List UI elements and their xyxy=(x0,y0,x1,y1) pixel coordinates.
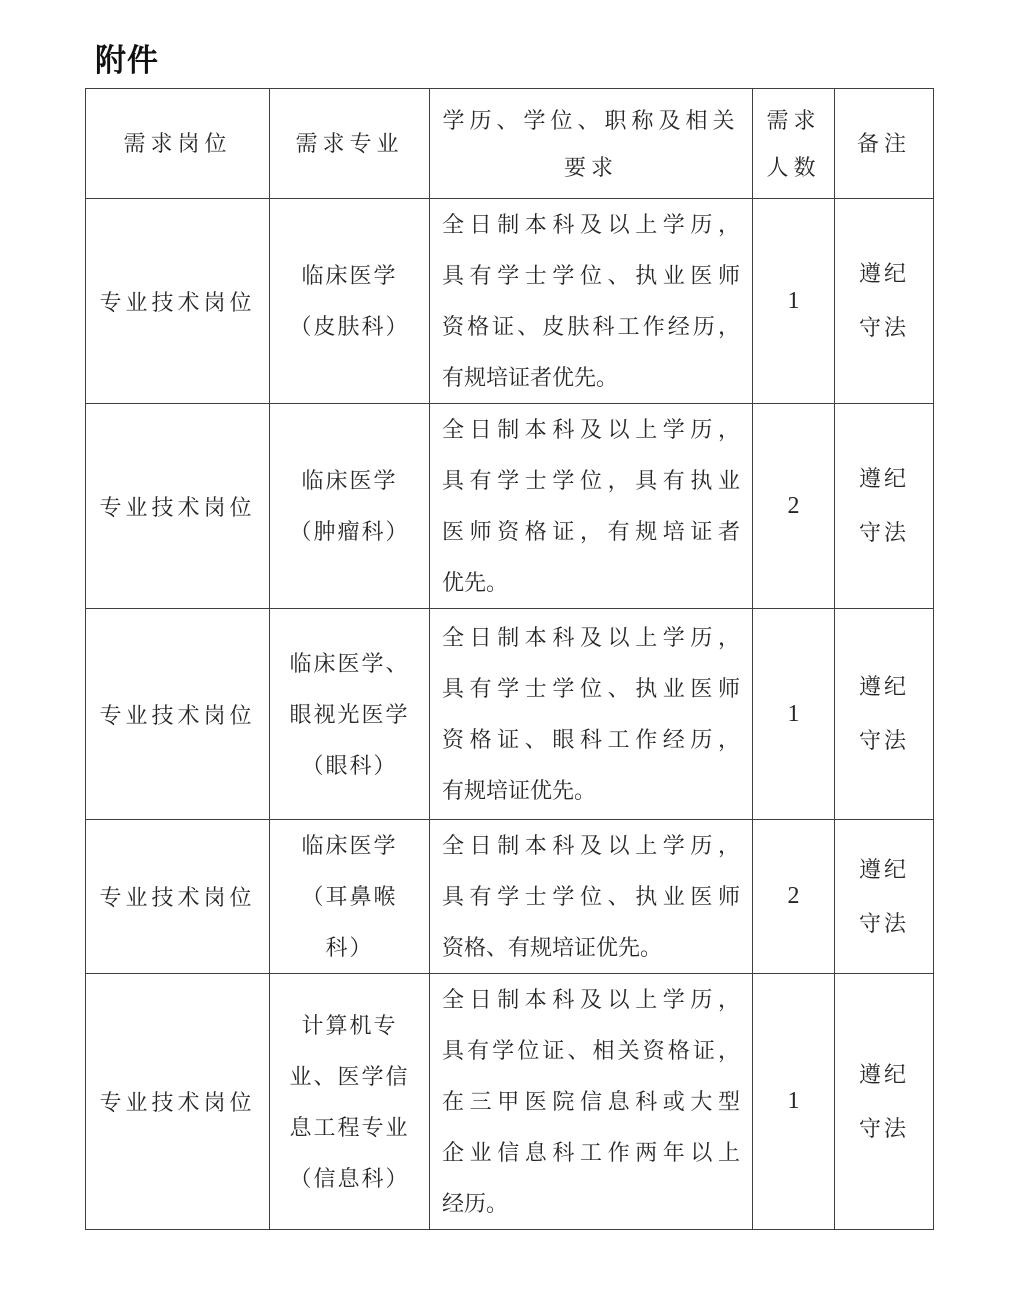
document-page: 附件 需求岗位 需求专业 学历、学位、职称及相关 要求 需求 人数 备注 专业技… xyxy=(0,0,1018,1314)
major-cell: 临床医学 （肿瘤科） xyxy=(270,404,430,609)
count-cell: 1 xyxy=(753,974,835,1230)
remark-cell: 遵纪 守法 xyxy=(835,404,934,609)
requirement-line: 具有学士学位，具有执业 xyxy=(442,455,740,506)
header-position: 需求岗位 xyxy=(86,89,270,199)
count-cell: 2 xyxy=(753,820,835,974)
header-major: 需求专业 xyxy=(270,89,430,199)
requirements-cell: 全日制本科及以上学历，具有学士学位，具有执业医师资格证，有规培证者优先。 xyxy=(430,404,753,609)
table-row: 专业技术岗位临床医学 （皮肤科）全日制本科及以上学历，具有学士学位、执业医师资格… xyxy=(86,199,934,404)
requirements-cell: 全日制本科及以上学历，具有学士学位、执业医师资格、有规培证优先。 xyxy=(430,820,753,974)
requirement-line: 有规培证优先。 xyxy=(442,765,740,816)
count-cell: 2 xyxy=(753,404,835,609)
count-cell: 1 xyxy=(753,609,835,820)
requirement-line: 优先。 xyxy=(442,557,740,608)
position-cell: 专业技术岗位 xyxy=(86,199,270,404)
table-row: 专业技术岗位计算机专 业、医学信 息工程专业 （信息科）全日制本科及以上学历，具… xyxy=(86,974,934,1230)
major-cell: 临床医学、 眼视光医学 （眼科） xyxy=(270,609,430,820)
requirement-line: 医师资格证，有规培证者 xyxy=(442,506,740,557)
requirements-cell: 全日制本科及以上学历，具有学士学位、执业医师资格证、皮肤科工作经历，有规培证者优… xyxy=(430,199,753,404)
table-body: 专业技术岗位临床医学 （皮肤科）全日制本科及以上学历，具有学士学位、执业医师资格… xyxy=(86,199,934,1230)
requirements-cell: 全日制本科及以上学历，具有学位证、相关资格证，在三甲医院信息科或大型企业信息科工… xyxy=(430,974,753,1230)
header-count: 需求 人数 xyxy=(753,89,835,199)
requirement-line: 企业信息科工作两年以上 xyxy=(442,1127,740,1178)
remark-cell: 遵纪 守法 xyxy=(835,199,934,404)
position-cell: 专业技术岗位 xyxy=(86,609,270,820)
remark-cell: 遵纪 守法 xyxy=(835,974,934,1230)
requirement-line: 全日制本科及以上学历， xyxy=(442,612,740,663)
position-cell: 专业技术岗位 xyxy=(86,820,270,974)
requirements-cell: 全日制本科及以上学历，具有学士学位、执业医师资格证、眼科工作经历，有规培证优先。 xyxy=(430,609,753,820)
position-cell: 专业技术岗位 xyxy=(86,404,270,609)
remark-cell: 遵纪 守法 xyxy=(835,609,934,820)
requirement-line: 资格、有规培证优先。 xyxy=(442,922,740,973)
table-row: 专业技术岗位临床医学 （肿瘤科）全日制本科及以上学历，具有学士学位，具有执业医师… xyxy=(86,404,934,609)
requirement-line: 经历。 xyxy=(442,1178,740,1229)
recruitment-table: 需求岗位 需求专业 学历、学位、职称及相关 要求 需求 人数 备注 专业技术岗位… xyxy=(85,88,934,1230)
major-cell: 临床医学 （皮肤科） xyxy=(270,199,430,404)
header-requirements: 学历、学位、职称及相关 要求 xyxy=(430,89,753,199)
table-row: 专业技术岗位临床医学、 眼视光医学 （眼科）全日制本科及以上学历，具有学士学位、… xyxy=(86,609,934,820)
attachment-title: 附件 xyxy=(95,42,159,80)
remark-cell: 遵纪 守法 xyxy=(835,820,934,974)
requirement-line: 具有学士学位、执业医师 xyxy=(442,663,740,714)
requirement-line: 全日制本科及以上学历， xyxy=(442,404,740,455)
table-header: 需求岗位 需求专业 学历、学位、职称及相关 要求 需求 人数 备注 xyxy=(86,89,934,199)
count-cell: 1 xyxy=(753,199,835,404)
header-row: 需求岗位 需求专业 学历、学位、职称及相关 要求 需求 人数 备注 xyxy=(86,89,934,199)
requirement-line: 全日制本科及以上学历， xyxy=(442,820,740,871)
table-row: 专业技术岗位临床医学 （耳鼻喉 科）全日制本科及以上学历，具有学士学位、执业医师… xyxy=(86,820,934,974)
requirement-line: 资格证、皮肤科工作经历， xyxy=(442,301,740,352)
requirement-line: 具有学士学位、执业医师 xyxy=(442,250,740,301)
requirement-line: 全日制本科及以上学历， xyxy=(442,199,740,250)
position-cell: 专业技术岗位 xyxy=(86,974,270,1230)
requirement-line: 有规培证者优先。 xyxy=(442,352,740,403)
requirement-line: 资格证、眼科工作经历， xyxy=(442,714,740,765)
major-cell: 计算机专 业、医学信 息工程专业 （信息科） xyxy=(270,974,430,1230)
requirement-line: 具有学位证、相关资格证， xyxy=(442,1025,740,1076)
requirement-line: 全日制本科及以上学历， xyxy=(442,974,740,1025)
header-remark: 备注 xyxy=(835,89,934,199)
requirement-line: 具有学士学位、执业医师 xyxy=(442,871,740,922)
major-cell: 临床医学 （耳鼻喉 科） xyxy=(270,820,430,974)
requirement-line: 在三甲医院信息科或大型 xyxy=(442,1076,740,1127)
